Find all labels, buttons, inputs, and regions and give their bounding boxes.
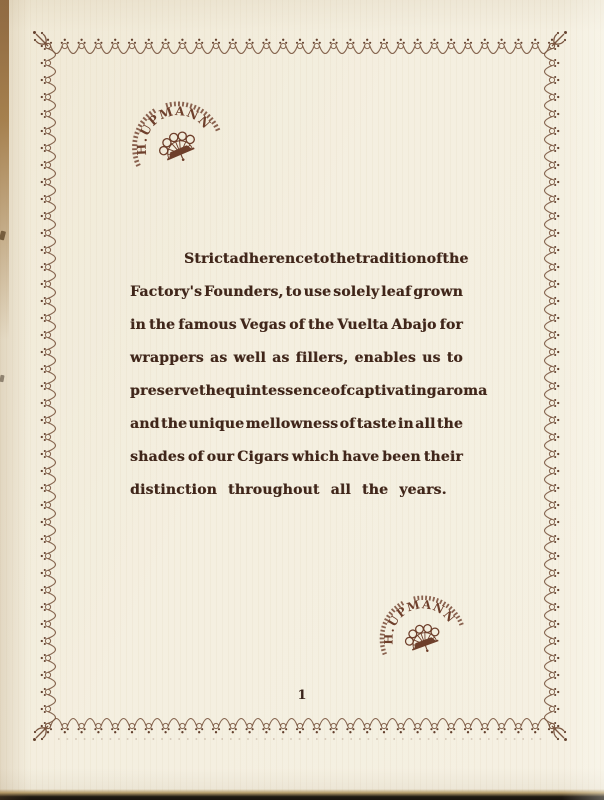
corner-flourish-icon [33,726,48,741]
brand-arc-text: H.UPMANN [124,94,216,161]
body-line: shadesofourCigarswhichhavebeentheir [130,449,463,482]
fan-icon [402,620,444,658]
body-line: andtheuniquemellownessoftasteinallthe [130,416,463,449]
corner-flourish-icon [33,31,48,46]
left-edge-shadow [0,0,9,340]
scanned-page: H.UPMANN Strictadherencetothetraditionof… [0,0,604,800]
logo-rotated-group: H.UPMANN [124,94,224,178]
body-line: Factory'sFounders,tousesolelyleafgrown [130,284,463,317]
body-text-block: StrictadherencetothetraditionoftheFactor… [130,251,463,515]
hupmann-logo-bottom: H.UPMANN [372,588,474,672]
body-line: Strictadherencetothetraditionofthe [130,251,463,284]
body-line: wrappersaswellasfillers,enablesusto [130,350,463,383]
hupmann-logo-top: H.UPMANN [124,94,232,182]
page-number: 1 [288,688,316,703]
body-line: distinction throughout all the years. [130,482,463,515]
corner-flourish-icon [552,726,567,741]
body-line: preservethequintessenceofcaptivatingarom… [130,383,463,416]
body-line: inthefamousVegasoftheVueltaAbajofor [130,317,463,350]
bottom-edge-shadow [0,789,604,800]
corner-flourish-icon [552,31,567,46]
fan-icon [155,126,201,168]
logo-rotated-group: H.UPMANN [372,588,466,666]
